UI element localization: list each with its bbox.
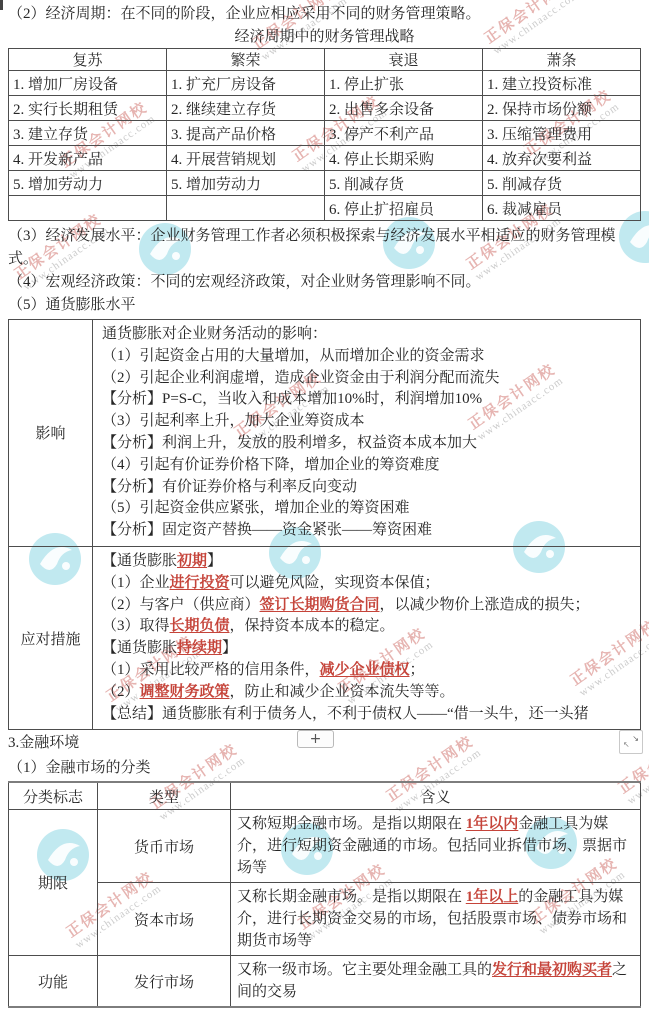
highlighted-red-text: 减少企业债权 [320, 662, 410, 678]
content-line: （4）引起有价证券价格下降，增加企业的筹资难度 [102, 455, 636, 477]
table-cell: 6. 裁减雇员 [483, 196, 641, 221]
resize-nw-icon: ↖ [623, 732, 630, 758]
table-cell: 2. 继续建立存货 [167, 96, 325, 121]
content-line: （1）采用比较严格的信用条件，减少企业债权； [102, 660, 636, 682]
table-cell: 1. 建立投资标准 [483, 71, 641, 96]
cycle-strategy-table: 复苏 繁荣 衰退 萧条 1. 增加厂房设备 1. 扩充厂房设备 1. 停止扩张 … [8, 48, 641, 221]
content-line: 【分析】利润上升，发放的股利增多，权益资本成本加大 [102, 433, 636, 455]
table-cell: 3. 压缩管理费用 [483, 121, 641, 146]
table-cell: 4. 开发新产品 [9, 146, 167, 171]
content-line: （5）引起资金供应紧张，增加企业的筹资困难 [102, 498, 636, 520]
table-row: 2. 实行长期租赁 2. 继续建立存货 2. 出售多余设备 2. 保持市场份额 [9, 96, 641, 121]
table-row: 1. 增加厂房设备 1. 扩充厂房设备 1. 停止扩张 1. 建立投资标准 [9, 71, 641, 96]
table-cell: 2. 保持市场份额 [483, 96, 641, 121]
table-header-row: 分类标志 类型 含义 [9, 782, 641, 810]
countermeasures-content: 【通货膨胀初期】（1）企业进行投资可以避免风险，实现资本保值；（2）与客户（供应… [93, 546, 641, 729]
row-label: 应对措施 [9, 546, 93, 729]
table-cell: 5. 削减存货 [483, 171, 641, 196]
column-header-criterion: 分类标志 [9, 782, 98, 810]
highlighted-red-text: 持续期 [177, 640, 222, 656]
paragraph-economic-cycle: （2）经济周期：在不同的阶段，企业应相应采用不同的财务管理策略。 [8, 3, 641, 26]
category-cell: 期限 [9, 810, 98, 956]
content-line: （2）调整财务政策，防止和减少企业资本流失等等。 [102, 682, 636, 704]
content-line: （1）引起资金占用的大量增加，从而增加企业的资金需求 [102, 346, 636, 368]
column-header-depression: 萧条 [483, 49, 641, 71]
paragraph-economic-level: （3）经济发展水平：企业财务管理工作者必须积极探索与经济发展水平相适应的财务管理… [8, 225, 641, 271]
content-line: 【通货膨胀持续期】 [102, 638, 636, 660]
content-line: 【总结】通货膨胀有利于债务人，不利于债权人——“借一头牛，还一头猪 [102, 704, 636, 726]
text-segment: 【分析】有价证券价格与利率反向变动 [102, 479, 357, 495]
column-header-recession: 衰退 [325, 49, 483, 71]
table-cell: 6. 停止扩招雇员 [325, 196, 483, 221]
financial-market-table: 分类标志 类型 含义 期限 货币市场 又称短期金融市场。是指以期限在 1年以内金… [8, 781, 641, 1008]
type-cell: 货币市场 [98, 810, 231, 883]
type-cell: 发行市场 [98, 956, 231, 1008]
content-line: 【分析】固定资产替换——资金紧张——筹资困难 [102, 520, 636, 542]
text-segment: ，以减少物价上涨造成的损失； [380, 597, 590, 613]
content-line: （1）企业进行投资可以避免风险，实现资本保值； [102, 573, 636, 595]
table-cell: 1. 增加厂房设备 [9, 71, 167, 96]
text-segment: 【总结】通货膨胀有利于债务人，不利于债权人——“借一头牛，还一头猪 [102, 706, 589, 722]
text-segment: （2） [102, 684, 140, 700]
table1-title: 经济周期中的财务管理战略 [8, 26, 641, 48]
inflation-table: 影响 通货膨胀对企业财务活动的影响：（1）引起资金占用的大量增加，从而增加企业的… [8, 319, 641, 730]
text-segment: （5）引起资金供应紧张，增加企业的筹资困难 [102, 500, 410, 516]
meaning-cell: 又称短期金融市场。是指以期限在 1年以内金融工具为媒介，进行短期资金融通的市场。… [231, 810, 641, 883]
corner-artifact [0, 0, 3, 10]
category-cell: 功能 [9, 956, 98, 1008]
table-row: 3. 建立存货 3. 提高产品价格 3. 停产不利产品 3. 压缩管理费用 [9, 121, 641, 146]
column-header-type: 类型 [98, 782, 231, 810]
text-segment: （1）企业 [102, 575, 170, 591]
row-label: 影响 [9, 320, 93, 547]
text-segment: （1）采用比较严格的信用条件， [102, 662, 320, 678]
column-header-meaning: 含义 [231, 782, 641, 810]
table-row-impact: 影响 通货膨胀对企业财务活动的影响：（1）引起资金占用的大量增加，从而增加企业的… [9, 320, 641, 547]
text-segment: ，保持资本成本的稳定。 [230, 618, 395, 634]
meaning-cell: 又称长期金融市场。是指以期限在 1年以上的金融工具为媒介，进行长期资金交易的市场… [231, 883, 641, 956]
paragraph-market-classification: （1）金融市场的分类 [8, 757, 641, 780]
table-header-row: 复苏 繁荣 衰退 萧条 [9, 49, 641, 71]
paragraph-macro-policy: （4）宏观经济政策：不同的宏观经济政策，对企业财务管理影响不同。 [8, 271, 641, 294]
table-cell: 2. 实行长期租赁 [9, 96, 167, 121]
text-segment: （1）引起资金占用的大量增加，从而增加企业的资金需求 [102, 348, 485, 364]
text-segment: 】 [207, 553, 222, 569]
content-line: 【通货膨胀初期】 [102, 551, 636, 573]
highlighted-red-text: 1年以内 [466, 816, 519, 832]
section-row-financial-env: 3.金融环境 + ↖ ↘ [8, 730, 641, 757]
text-segment: （3）取得 [102, 618, 170, 634]
highlighted-red-text: 签订长期购货合同 [260, 597, 380, 613]
text-segment: 通货膨胀对企业财务活动的影响： [102, 326, 327, 342]
table-cell: 5. 削减存货 [325, 171, 483, 196]
text-segment: 【通货膨胀 [102, 640, 177, 656]
content-line: （3）引起利率上升，加大企业筹资成本 [102, 411, 636, 433]
table-row: 5. 增加劳动力 5. 增加劳动力 5. 削减存货 5. 削减存货 [9, 171, 641, 196]
table-row: 6. 停止扩招雇员 6. 裁减雇员 [9, 196, 641, 221]
highlighted-red-text: 1年以上 [466, 889, 519, 905]
highlighted-red-text: 长期负债 [170, 618, 230, 634]
content-line: （3）取得长期负债，保持资本成本的稳定。 [102, 616, 636, 638]
table-row-issue-market: 功能 发行市场 又称一级市场。它主要处理金融工具的发行和最初购买者之间的交易 [9, 956, 641, 1008]
table-row-capital-market: 资本市场 又称长期金融市场。是指以期限在 1年以上的金融工具为媒介，进行长期资金… [9, 883, 641, 956]
text-segment: ，防止和减少企业资本流失等等。 [230, 684, 455, 700]
text-segment: 【分析】固定资产替换——资金紧张——筹资困难 [102, 522, 432, 538]
column-header-recovery: 复苏 [9, 49, 167, 71]
text-segment: （2）与客户（供应商） [102, 597, 260, 613]
table-cell: 1. 停止扩张 [325, 71, 483, 96]
content-line: 【分析】P=S-C，当收入和成本增加10%时，利润增加10% [102, 389, 636, 411]
table-cell [167, 196, 325, 221]
table-row-money-market: 期限 货币市场 又称短期金融市场。是指以期限在 1年以内金融工具为媒介，进行短期… [9, 810, 641, 883]
table-cell: 3. 提高产品价格 [167, 121, 325, 146]
content-line: （2）与客户（供应商）签订长期购货合同，以减少物价上涨造成的损失； [102, 595, 636, 617]
expand-plus-button[interactable]: + [297, 730, 334, 748]
text-segment: 又称一级市场。它主要处理金融工具的 [237, 962, 492, 978]
meaning-cell: 又称一级市场。它主要处理金融工具的发行和最初购买者之间的交易 [231, 956, 641, 1008]
impact-content: 通货膨胀对企业财务活动的影响：（1）引起资金占用的大量增加，从而增加企业的资金需… [93, 320, 641, 547]
text-segment: 【分析】利润上升，发放的股利增多，权益资本成本加大 [102, 435, 477, 451]
column-header-boom: 繁荣 [167, 49, 325, 71]
text-segment: （2）引起企业利润虚增，造成企业资金由于利润分配而流失 [102, 370, 500, 386]
table-row-countermeasures: 应对措施 【通货膨胀初期】（1）企业进行投资可以避免风险，实现资本保值；（2）与… [9, 546, 641, 729]
text-segment: （3）引起利率上升，加大企业筹资成本 [102, 413, 365, 429]
content-line: 通货膨胀对企业财务活动的影响： [102, 324, 636, 346]
highlighted-red-text: 初期 [177, 553, 207, 569]
text-segment: ； [410, 662, 425, 678]
table-cell: 4. 停止长期采购 [325, 146, 483, 171]
table-cell: 5. 增加劳动力 [167, 171, 325, 196]
table-cell: 3. 停产不利产品 [325, 121, 483, 146]
table-cell: 2. 出售多余设备 [325, 96, 483, 121]
table-cell: 1. 扩充厂房设备 [167, 71, 325, 96]
table-cell: 3. 建立存货 [9, 121, 167, 146]
paragraph-inflation: （5）通货膨胀水平 [8, 294, 641, 317]
table-cell: 4. 开展营销规划 [167, 146, 325, 171]
table-row: 4. 开发新产品 4. 开展营销规划 4. 停止长期采购 4. 放弃次要利益 [9, 146, 641, 171]
content-line: 【分析】有价证券价格与利率反向变动 [102, 477, 636, 499]
text-segment: 又称短期金融市场。是指以期限在 [237, 816, 466, 832]
table-cell: 5. 增加劳动力 [9, 171, 167, 196]
section-heading-financial-env: 3.金融环境 [8, 735, 79, 751]
content-line: （2）引起企业利润虚增，造成企业资金由于利润分配而流失 [102, 368, 636, 390]
type-cell: 资本市场 [98, 883, 231, 956]
table-cell: 4. 放弃次要利益 [483, 146, 641, 171]
text-segment: 】 [222, 640, 237, 656]
resize-se-icon: ↘ [632, 726, 639, 752]
document-page: （2）经济周期：在不同的阶段，企业应相应采用不同的财务管理策略。 经济周期中的财… [0, 0, 649, 1008]
highlighted-red-text: 发行和最初购买者 [492, 962, 612, 978]
text-segment: 【分析】P=S-C，当收入和成本增加10%时，利润增加10% [102, 391, 482, 407]
text-segment: 【通货膨胀 [102, 553, 177, 569]
text-segment: （4）引起有价证券价格下降，增加企业的筹资难度 [102, 457, 440, 473]
highlighted-red-text: 调整财务政策 [140, 684, 230, 700]
highlighted-red-text: 进行投资 [170, 575, 230, 591]
table-cell [9, 196, 167, 221]
resize-handle[interactable]: ↖ ↘ [619, 730, 643, 754]
text-segment: 又称长期金融市场。是指以期限在 [237, 889, 466, 905]
text-segment: 可以避免风险，实现资本保值； [230, 575, 440, 591]
